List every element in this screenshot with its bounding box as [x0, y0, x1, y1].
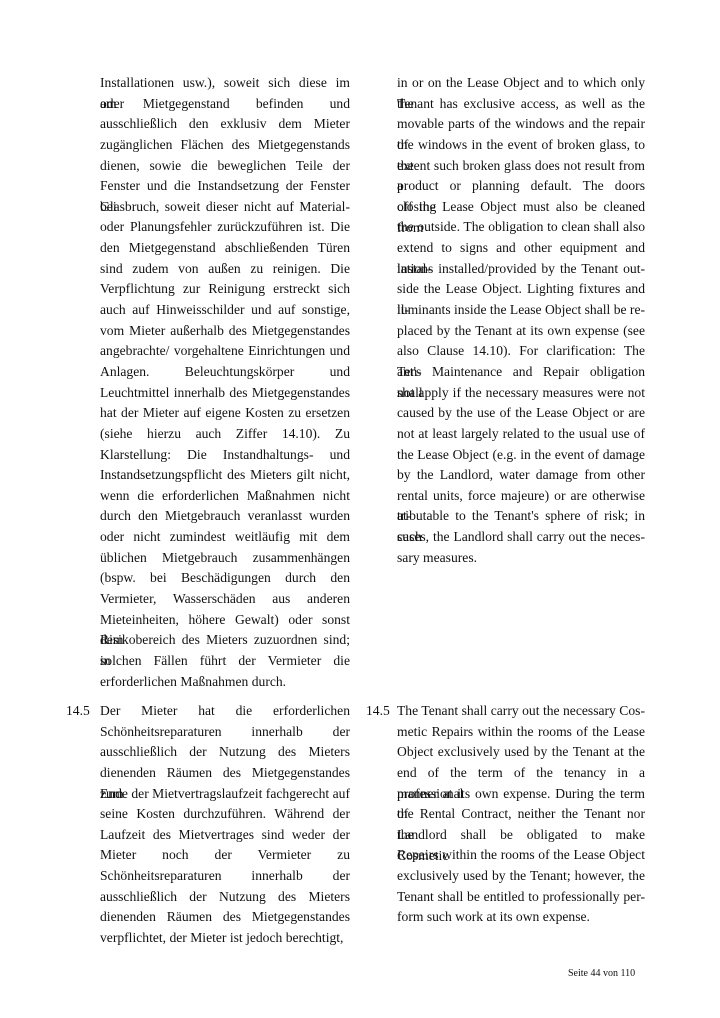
text-line: oder nicht zumindest weitläufig mit dem — [100, 527, 350, 548]
text-line: not at least largely related to the usua… — [397, 424, 645, 445]
text-line: (siehe hierzu auch Ziffer 14.10). Zu — [100, 424, 350, 445]
text-line: Laufzeit des Mietvertrages sind weder de… — [100, 825, 350, 846]
text-line: Fenster und die Instandsetzung der Fenst… — [100, 176, 350, 197]
text-line: ausschließlich der Nutzung des Mieters — [100, 742, 350, 763]
text-line: angebrachte/ vorgehaltene Einrichtungen … — [100, 341, 350, 362]
text-line: vom Mieter außerhalb des Mietgegenstande… — [100, 321, 350, 342]
text-line: sind zudem von außen zu reinigen. Die — [100, 259, 350, 280]
text-line: Schönheitsreparaturen innerhalb der — [100, 722, 350, 743]
text-line: oder Planungsfehler zurückzuführen ist. … — [100, 217, 350, 238]
text-line: in or on the Lease Object and to which o… — [397, 73, 645, 94]
text-line: Vermieter, Wasserschäden aus anderen — [100, 589, 350, 610]
text-line: off the Lease Object must also be cleane… — [397, 197, 645, 218]
text-line: erforderlichen Maßnahmen durch. — [100, 672, 350, 693]
text-line: üblichen Mietgebrauch zusammenhängen — [100, 548, 350, 569]
text-line: Mieter noch der Vermieter zu — [100, 845, 350, 866]
text-line: hat der Mieter auf eigene Kosten zu erse… — [100, 403, 350, 424]
text-line: extend to signs and other equipment and … — [397, 238, 645, 259]
text-line: solchen Fällen führt der Vermieter die — [100, 651, 350, 672]
text-line: den Mietgegenstand abschließenden Türen — [100, 238, 350, 259]
text-line: Schönheitsreparaturen innerhalb der — [100, 866, 350, 887]
text-line: (bspw. bei Beschädigungen durch den — [100, 568, 350, 589]
text-line: side the Lease Object. Lighting fixtures… — [397, 279, 645, 300]
left-column-block-1: Installationen usw.), soweit sich diese … — [100, 73, 350, 692]
text-line: luminants inside the Lease Object shall … — [397, 300, 645, 321]
text-line: the outside. The obligation to clean sha… — [397, 217, 645, 238]
text-line: manner at its own expense. During the te… — [397, 784, 645, 805]
text-line: ant's Maintenance and Repair obligation … — [397, 362, 645, 383]
document-page: Installationen usw.), soweit sich diese … — [0, 0, 720, 1018]
text-line: the Lease Object (e.g. in the event of d… — [397, 445, 645, 466]
text-line: Leuchtmittel innerhalb des Mietgegenstan… — [100, 383, 350, 404]
text-line: Anlagen. Beleuchtungskörper und — [100, 362, 350, 383]
text-line: also Clause 14.10). For clarification: T… — [397, 341, 645, 362]
text-line: not apply if the necessary measures were… — [397, 383, 645, 404]
text-line: placed by the Tenant at its own expense … — [397, 321, 645, 342]
text-line: Tenant shall be entitled to professional… — [397, 887, 645, 908]
text-line: lations installed/provided by the Tenant… — [397, 259, 645, 280]
text-line: dienen, sowie die beweglichen Teile der — [100, 156, 350, 177]
text-line: Instandsetzungspflicht des Mieters gilt … — [100, 465, 350, 486]
text-line: Mieteinheiten, höhere Gewalt) oder sonst… — [100, 610, 350, 631]
page-number-footer: Seite 44 von 110 — [568, 968, 635, 979]
text-line: am Mietgegenstand befinden und — [100, 94, 350, 115]
text-line: the Rental Contract, neither the Tenant … — [397, 804, 645, 825]
section-number-left: 14.5 — [66, 701, 90, 722]
text-line: Object exclusively used by the Tenant at… — [397, 742, 645, 763]
right-column-block-1: in or on the Lease Object and to which o… — [397, 73, 645, 568]
text-line: rental units, force majeure) or are othe… — [397, 486, 645, 507]
text-line: verpflichtet, der Mieter ist jedoch bere… — [100, 928, 350, 949]
text-line: Landlord shall be obligated to make Cosm… — [397, 825, 645, 846]
text-line: Repairs within the rooms of the Lease Ob… — [397, 845, 645, 866]
left-column-section-14-5: Der Mieter hat die erforderlichenSchönhe… — [100, 701, 350, 949]
text-line: by the Landlord, water damage from other — [397, 465, 645, 486]
text-line: exclusively used by the Tenant; however,… — [397, 866, 645, 887]
text-line: Verpflichtung zur Reinigung erstreckt si… — [100, 279, 350, 300]
text-line: sary measures. — [397, 548, 645, 569]
text-line: Der Mieter hat die erforderlichen — [100, 701, 350, 722]
text-line: Tenant has exclusive access, as well as … — [397, 94, 645, 115]
text-line: durch den Mietgebrauch veranlasst wurden — [100, 506, 350, 527]
text-line: Risikobereich des Mieters zuzuordnen sin… — [100, 630, 350, 651]
section-number-right: 14.5 — [366, 701, 390, 722]
text-line: wenn die erforderlichen Maßnahmen nicht — [100, 486, 350, 507]
text-line: metic Repairs within the rooms of the Le… — [397, 722, 645, 743]
text-line: The Tenant shall carry out the necessary… — [397, 701, 645, 722]
text-line: end of the term of the tenancy in a prof… — [397, 763, 645, 784]
text-line: auch auf Hinweisschilder und auf sonstig… — [100, 300, 350, 321]
text-line: tributable to the Tenant's sphere of ris… — [397, 506, 645, 527]
text-line: dienenden Räumen des Mietgegenstandes — [100, 907, 350, 928]
text-line: Ende der Mietvertragslaufzeit fachgerech… — [100, 784, 350, 805]
text-line: ausschließlich den exklusiv dem Mieter — [100, 114, 350, 135]
text-line: Glasbruch, soweit dieser nicht auf Mater… — [100, 197, 350, 218]
text-line: cases, the Landlord shall carry out the … — [397, 527, 645, 548]
text-line: the windows in the event of broken glass… — [397, 135, 645, 156]
text-line: Installationen usw.), soweit sich diese … — [100, 73, 350, 94]
text-line: form such work at its own expense. — [397, 907, 645, 928]
text-line: movable parts of the windows and the rep… — [397, 114, 645, 135]
text-line: Klarstellung: Die Instandhaltungs- und — [100, 445, 350, 466]
text-line: ausschließlich der Nutzung des Mieters — [100, 887, 350, 908]
text-line: product or planning default. The doors c… — [397, 176, 645, 197]
right-column-section-14-5: The Tenant shall carry out the necessary… — [397, 701, 645, 928]
text-line: caused by the use of the Lease Object or… — [397, 403, 645, 424]
text-line: seine Kosten durchzuführen. Während der — [100, 804, 350, 825]
text-line: dienenden Räumen des Mietgegenstandes zu… — [100, 763, 350, 784]
text-line: extent such broken glass does not result… — [397, 156, 645, 177]
text-line: zugänglichen Flächen des Mietgegenstands — [100, 135, 350, 156]
